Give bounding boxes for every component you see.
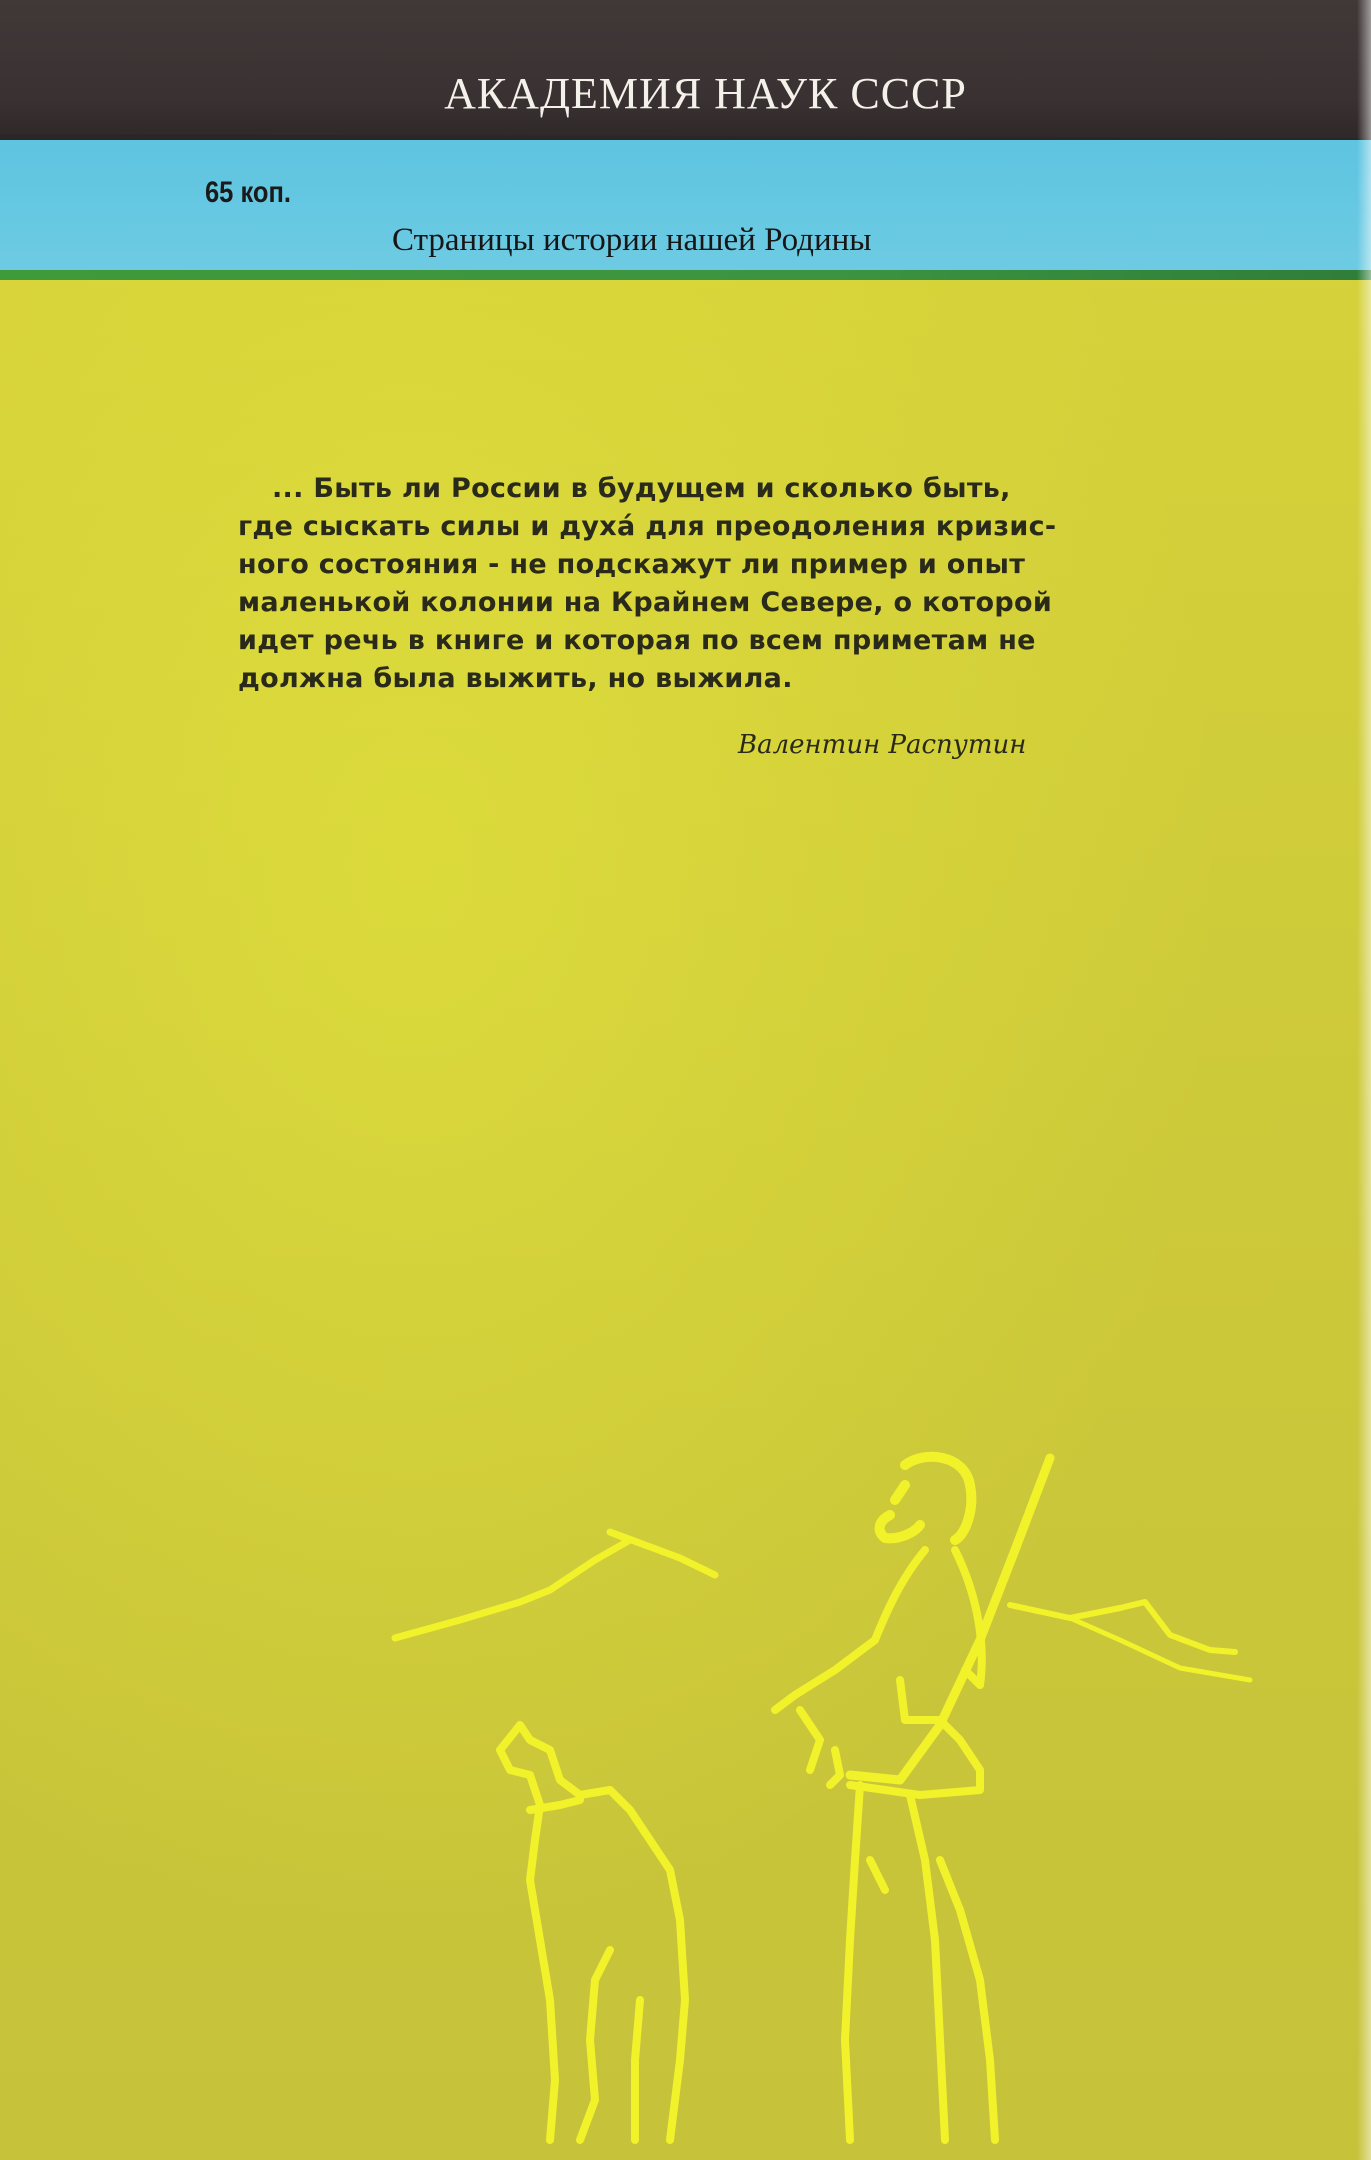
green-stripe (0, 270, 1371, 280)
hunter-legs (845, 1785, 995, 2140)
hunter-head (880, 1457, 972, 1540)
quote-line: идет речь в книге и которая по всем прим… (238, 622, 1138, 660)
quote-line: ного состояния - не подскажут ли пример … (238, 546, 1138, 584)
series-band (0, 140, 1371, 280)
book-back-cover: АКАДЕМИЯ НАУК СССР 65 коп. Страницы исто… (0, 0, 1371, 2160)
dog (500, 1725, 685, 2140)
quote-line: ... Быть ли России в будущем и сколько б… (238, 470, 1138, 508)
quote-line: должна была выжить, но выжила. (238, 660, 1138, 698)
hunter-body (775, 1550, 982, 1795)
hunter-with-rifle-and-dog-illustration (380, 1440, 1280, 2160)
series-title: Страницы истории нашей Родины (392, 222, 871, 259)
cover-edge (1357, 0, 1371, 2160)
price-label: 65 коп. (205, 176, 291, 210)
mountain-left (395, 1532, 715, 1638)
quote-author: Валентин Распутин (738, 730, 1026, 760)
quote-block: ... Быть ли России в будущем и сколько б… (238, 470, 1138, 698)
publisher-name: АКАДЕМИЯ НАУК СССР (0, 68, 1371, 119)
mountain-right (1010, 1602, 1235, 1652)
quote-line: где сыскать силы и духа́ для преодоления… (238, 508, 1138, 546)
quote-line: маленькой колонии на Крайнем Севере, о к… (238, 584, 1138, 622)
